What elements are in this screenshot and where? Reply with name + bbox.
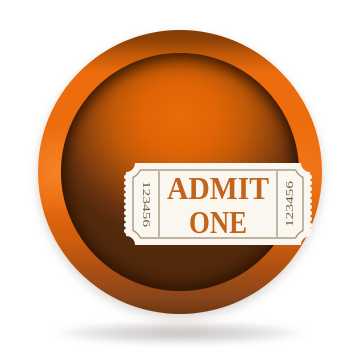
- ticket-text-admit: ADMIT: [167, 170, 269, 206]
- ticket-serial-left: 123456: [140, 181, 152, 228]
- admit-one-ticket-icon: 123456 123456 ADMIT ONE: [126, 163, 310, 245]
- admit-one-button[interactable]: 123456 123456 ADMIT ONE: [38, 30, 322, 314]
- ticket-serial-right: 123456: [284, 180, 296, 227]
- button-face: 123456 123456 ADMIT ONE: [61, 53, 299, 291]
- white-background: 123456 123456 ADMIT ONE: [0, 0, 360, 360]
- ticket-text-one: ONE: [189, 204, 247, 240]
- button-shadow: [52, 321, 308, 345]
